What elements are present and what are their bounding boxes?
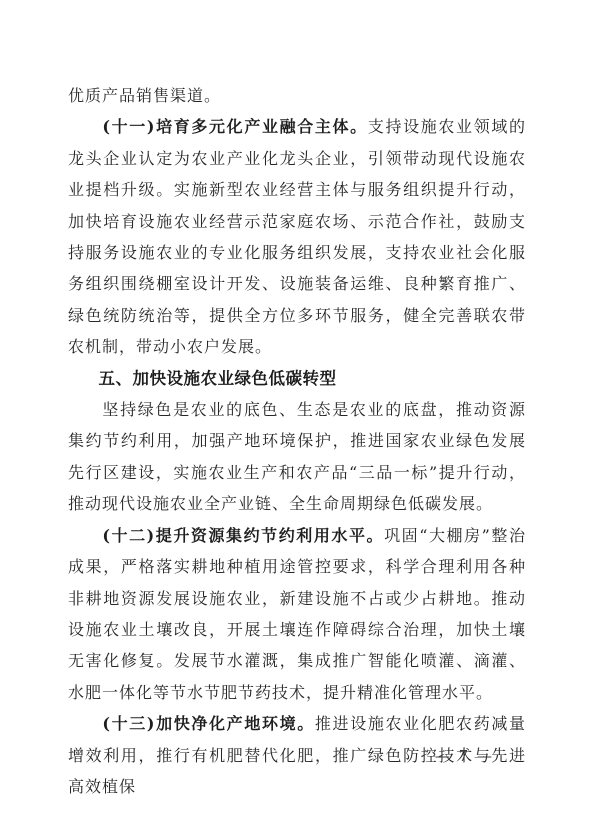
paragraph-text: 巩固“大棚房”整治成果，严格落实耕地种植用途管控要求，科学合理利用各种非耕地资源… bbox=[68, 526, 526, 702]
paragraph-section-12: (十二)提升资源集约节约利用水平。巩固“大棚房”整治成果，严格落实耕地种植用途管… bbox=[68, 520, 526, 708]
paragraph-text: 优质产品销售渠道。 bbox=[68, 86, 221, 105]
paragraph-lead: (十三)加快净化产地环境。 bbox=[102, 714, 315, 733]
document-page: 优质产品销售渠道。 (十一)培育多元化产业融合主体。支持设施农业领域的龙头企业认… bbox=[0, 0, 591, 833]
paragraph-green-transition: 坚持绿色是农业的底色、生态是农业的底盘，推动资源集约节约利用，加强产地环境保护，… bbox=[68, 394, 526, 520]
paragraph-lead: (十二)提升资源集约节约利用水平。 bbox=[102, 526, 384, 545]
paragraph-text: 支持设施农业领域的龙头企业认定为农业产业化龙头企业，引领带动现代设施农业提档升级… bbox=[68, 117, 526, 356]
paragraph-lead: (十一)培育多元化产业融合主体。 bbox=[102, 117, 367, 136]
page-number: — 7 — bbox=[435, 746, 494, 766]
section-heading-5: 五、加快设施农业绿色低碳转型 bbox=[68, 363, 526, 394]
paragraph-continuation: 优质产品销售渠道。 bbox=[68, 80, 526, 111]
paragraph-text: 坚持绿色是农业的底色、生态是农业的底盘，推动资源集约节约利用，加强产地环境保护，… bbox=[68, 400, 526, 513]
document-body: 优质产品销售渠道。 (十一)培育多元化产业融合主体。支持设施农业领域的龙头企业认… bbox=[68, 80, 526, 802]
paragraph-section-11: (十一)培育多元化产业融合主体。支持设施农业领域的龙头企业认定为农业产业化龙头企… bbox=[68, 111, 526, 362]
